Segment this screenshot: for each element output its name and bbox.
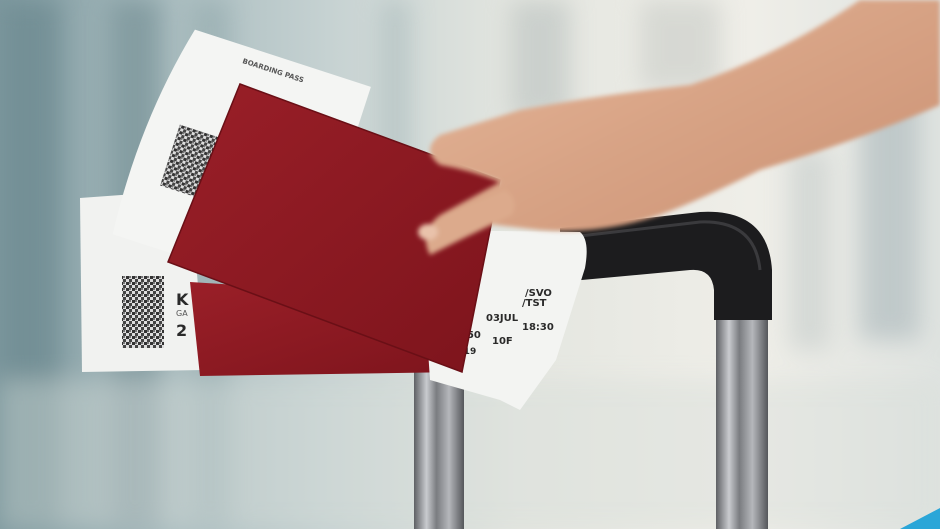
seat-number: 10F bbox=[492, 336, 513, 347]
flight-date: 03JUL bbox=[486, 313, 519, 324]
ticket-number: 2 bbox=[176, 321, 187, 340]
suitcase-pole-right bbox=[716, 315, 768, 529]
ticket-letter: K bbox=[176, 290, 189, 309]
departure-time: 18:30 bbox=[522, 322, 554, 333]
photo-illustration: K GA 2 BOARDING PASS /SVO /TST 03JUL 18:… bbox=[0, 0, 940, 529]
photo-scene: K GA 2 BOARDING PASS /SVO /TST 03JUL 18:… bbox=[0, 0, 940, 529]
destination-code-2: /TST bbox=[522, 298, 547, 309]
ticket-gate-label: GA bbox=[176, 309, 188, 318]
